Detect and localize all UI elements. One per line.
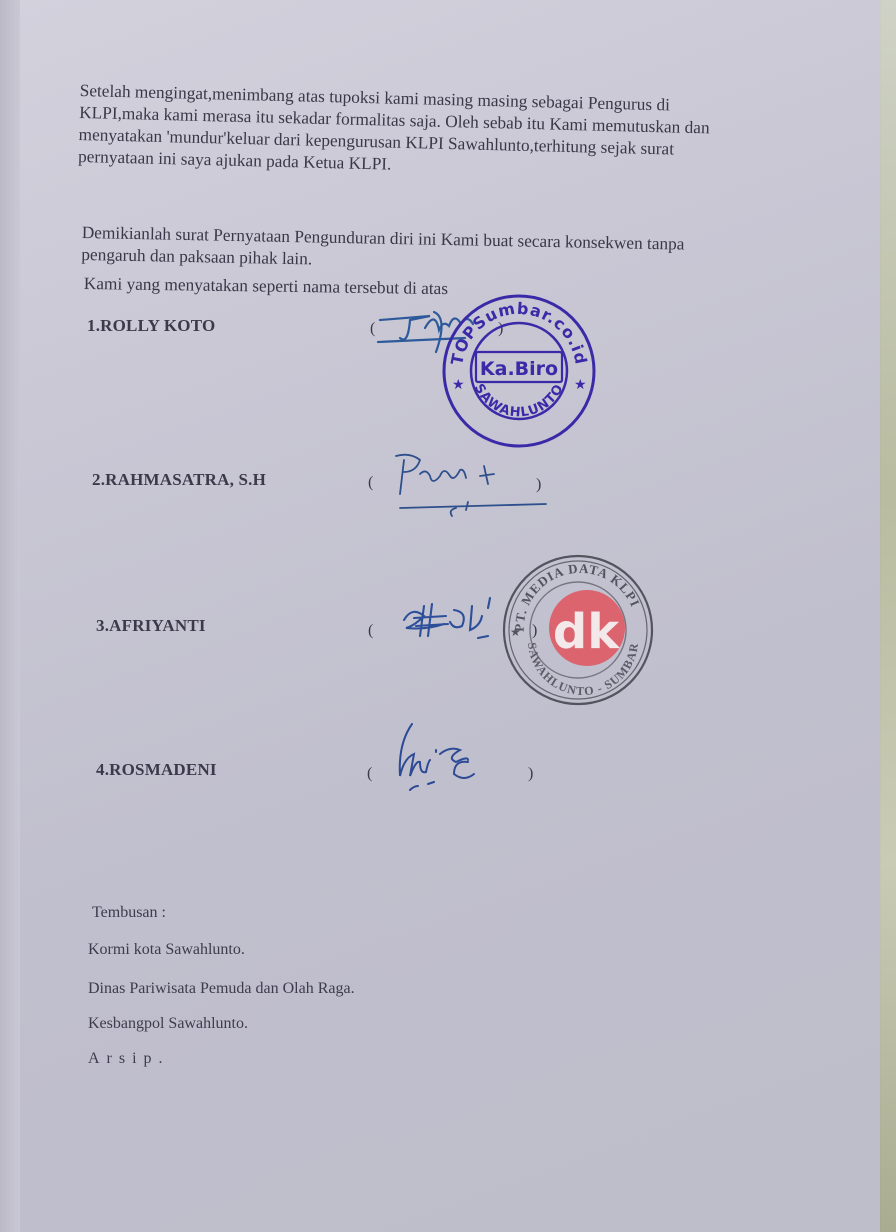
svg-text:★: ★: [452, 378, 465, 393]
stamp-topsumbar: TOPSumbar.co.id Ka.Biro SAWAHLUNTO ★ ★: [440, 292, 598, 450]
cc-item: Arsip.: [88, 1050, 170, 1068]
signature-3: [400, 596, 510, 656]
svg-text:★: ★: [574, 378, 587, 393]
cc-item: Kormi kota Sawahlunto.: [88, 941, 245, 959]
svg-text:SAWAHLUNTO: SAWAHLUNTO: [471, 381, 567, 420]
paren-open: (: [368, 474, 373, 492]
paragraph-resignation-reason: Setelah mengingat,menimbang atas tupoksi…: [78, 80, 711, 183]
svg-text:★: ★: [510, 625, 521, 639]
cc-item: Dinas Pariwisata Pemuda dan Olah Raga.: [88, 980, 355, 998]
svg-text:dk: dk: [553, 604, 620, 660]
stamp-media-data: PT. MEDIA DATA KLPI SAWAHLUNTO - SUMBAR …: [502, 544, 652, 710]
signatory-name: 2.RAHMASATRA, S.H: [92, 470, 266, 490]
page-edge: [0, 0, 20, 1232]
signature-4: [390, 720, 500, 800]
paren-open: (: [368, 622, 373, 640]
cc-item: Kesbangpol Sawahlunto.: [88, 1015, 248, 1033]
cc-heading: Tembusan :: [92, 904, 166, 922]
signatory-name: 4.ROSMADENI: [96, 760, 217, 780]
paren-close: ): [528, 765, 533, 783]
signatory-name: 1.ROLLY KOTO: [87, 316, 215, 336]
paren-open: (: [367, 765, 372, 783]
signature-2: [390, 450, 550, 530]
svg-text:Ka.Biro: Ka.Biro: [480, 358, 558, 380]
signatory-name: 3.AFRIYANTI: [96, 616, 206, 636]
svg-text:TOPSumbar.co.id: TOPSumbar.co.id: [447, 299, 591, 367]
